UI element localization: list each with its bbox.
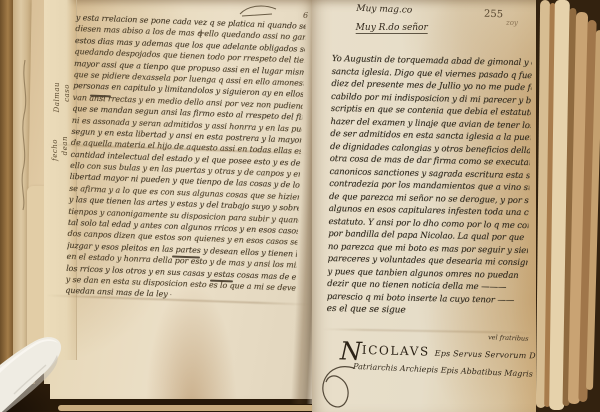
margin-note: fecho xyxy=(51,139,59,161)
salutation-line: Muy mag.co xyxy=(356,4,428,17)
gathering-number: 6 xyxy=(303,11,308,20)
signature-insert: vel fratribus xyxy=(488,333,529,342)
margin-note: caso xyxy=(63,84,71,102)
signature-name: ICOLAVS xyxy=(362,343,430,359)
fore-edge-page-stack xyxy=(536,0,600,412)
underlying-page-edge xyxy=(58,405,330,411)
quire-mark: zoy xyxy=(506,19,518,27)
gloved-hand xyxy=(0,318,80,412)
manuscript-photo: caso Dalmau dean fecho + y esta rrelacio… xyxy=(0,0,600,412)
salutation-line: Muy R.do señor xyxy=(356,23,428,34)
signature-title: Eps Servus Servorum Dei xyxy=(435,349,544,361)
salutation-header: Muy mag.co Muy R.do señor xyxy=(356,4,429,35)
paraph-flourish xyxy=(238,2,280,18)
right-page-text-block: Yo Augustin de torquemada abad de gimona… xyxy=(327,54,532,321)
folio-number: 255 xyxy=(484,9,503,21)
left-page-text-block: y esta rrelacion se pone cada vez q se p… xyxy=(65,13,306,306)
margin-note: Dalmau xyxy=(53,82,61,112)
